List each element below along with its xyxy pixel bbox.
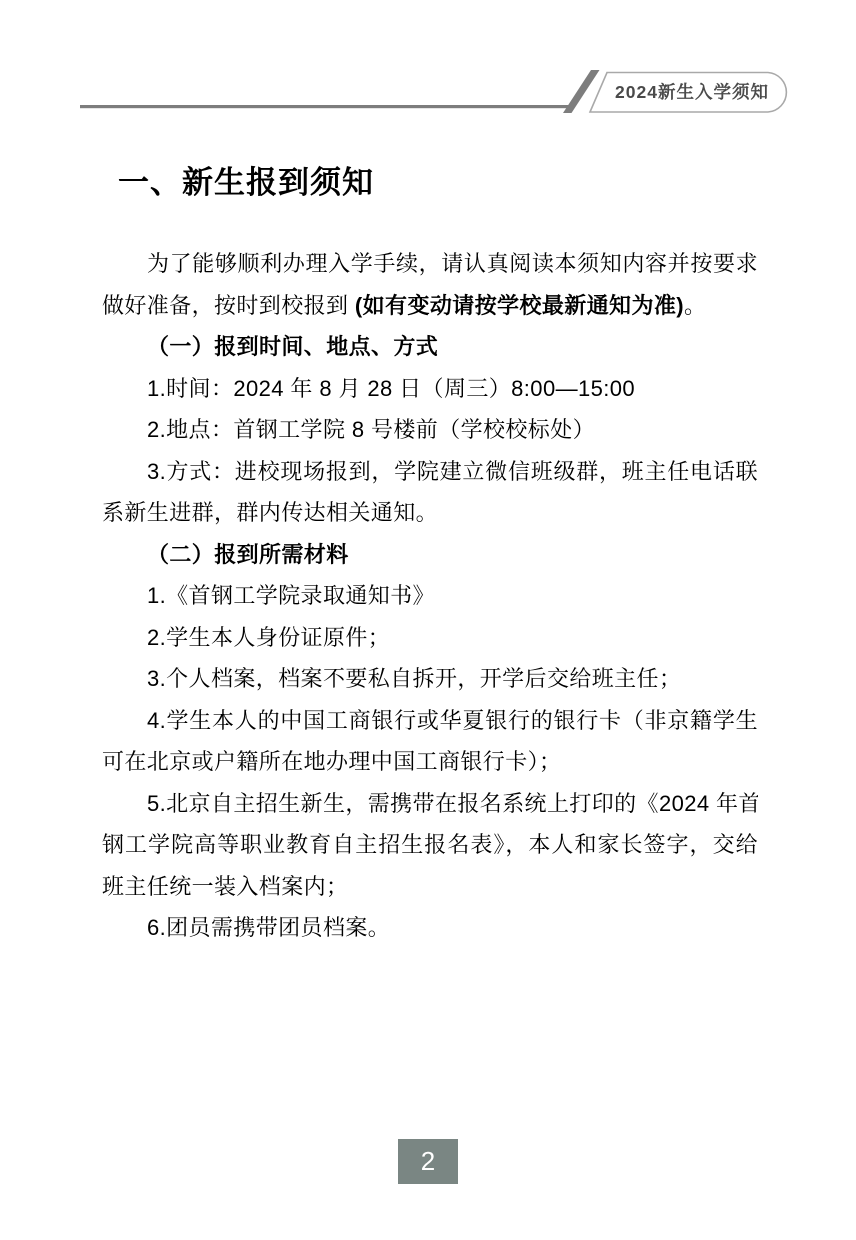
text-segment: 4.学生本人的中国工商银行或华夏银行的银行卡（非京籍学生 bbox=[147, 708, 758, 733]
text-segment: 3.方式：进校现场报到，学院建立微信班级群，班主任电话联 bbox=[147, 459, 758, 484]
text-line: 班主任统一装入档案内； bbox=[102, 866, 758, 908]
text-line: 2.学生本人身份证原件； bbox=[102, 617, 758, 659]
text-line: 做好准备，按时到校报到 (如有变动请按学校最新通知为准)。 bbox=[102, 285, 758, 327]
text-segment: 6.团员需携带团员档案。 bbox=[147, 915, 390, 940]
text-line: 3.个人档案，档案不要私自拆开，开学后交给班主任； bbox=[102, 658, 758, 700]
header-rule bbox=[80, 105, 574, 108]
text-segment: 可在北京或户籍所在地办理中国工商银行卡）； bbox=[102, 749, 561, 774]
page-title: 一、新生报到须知 bbox=[118, 161, 374, 205]
text-segment: 2.学生本人身份证原件； bbox=[147, 625, 390, 650]
text-segment: 班主任统一装入档案内； bbox=[102, 874, 348, 899]
text-segment: 1.《首钢工学院录取通知书》 bbox=[147, 583, 435, 608]
text-line: 为了能够顺利办理入学手续，请认真阅读本须知内容并按要求 bbox=[102, 243, 758, 285]
text-segment: 5.北京自主招生新生，需携带在报名系统上打印的《2024 年首 bbox=[147, 791, 758, 816]
text-line: 5.北京自主招生新生，需携带在报名系统上打印的《2024 年首 bbox=[102, 783, 758, 825]
page-number-badge: 2 bbox=[398, 1139, 458, 1184]
text-segment: 系新生进群，群内传达相关通知。 bbox=[102, 500, 438, 525]
text-line: 1.《首钢工学院录取通知书》 bbox=[102, 575, 758, 617]
header-tab-label: 2024新生入学须知 bbox=[608, 79, 776, 105]
text-line: 系新生进群，群内传达相关通知。 bbox=[102, 492, 758, 534]
text-line: 钢工学院高等职业教育自主招生报名表》，本人和家长签字，交给 bbox=[102, 824, 758, 866]
text-line: 6.团员需携带团员档案。 bbox=[102, 907, 758, 949]
text-segment: 为了能够顺利办理入学手续，请认真阅读本须知内容并按要求 bbox=[147, 251, 758, 276]
text-segment-bold: (如有变动请按学校最新通知为准) bbox=[355, 293, 684, 318]
document-page: 2024新生入学须知 一、新生报到须知 为了能够顺利办理入学手续，请认真阅读本须… bbox=[0, 0, 856, 1240]
text-line: 2.地点：首钢工学院 8 号楼前（学校校标处） bbox=[102, 409, 758, 451]
text-segment-bold: （二）报到所需材料 bbox=[147, 542, 349, 567]
text-segment: 1.时间：2024 年 8 月 28 日（周三）8:00—15:00 bbox=[147, 376, 635, 401]
text-line: 4.学生本人的中国工商银行或华夏银行的银行卡（非京籍学生 bbox=[102, 700, 758, 742]
text-segment-bold: （一）报到时间、地点、方式 bbox=[147, 334, 438, 359]
text-line: 1.时间：2024 年 8 月 28 日（周三）8:00—15:00 bbox=[102, 368, 758, 410]
text-segment: 3.个人档案，档案不要私自拆开，开学后交给班主任； bbox=[147, 666, 681, 691]
document-body: 为了能够顺利办理入学手续，请认真阅读本须知内容并按要求做好准备，按时到校报到 (… bbox=[102, 243, 758, 949]
text-segment: 。 bbox=[684, 293, 706, 318]
text-segment: 做好准备，按时到校报到 bbox=[102, 293, 355, 318]
text-line: 可在北京或户籍所在地办理中国工商银行卡）； bbox=[102, 741, 758, 783]
text-line: （二）报到所需材料 bbox=[102, 534, 758, 576]
header-decoration bbox=[0, 0, 856, 135]
text-line: 3.方式：进校现场报到，学院建立微信班级群，班主任电话联 bbox=[102, 451, 758, 493]
text-segment: 钢工学院高等职业教育自主招生报名表》，本人和家长签字，交给 bbox=[102, 832, 758, 857]
text-segment: 2.地点：首钢工学院 8 号楼前（学校校标处） bbox=[147, 417, 595, 442]
text-line: （一）报到时间、地点、方式 bbox=[102, 326, 758, 368]
